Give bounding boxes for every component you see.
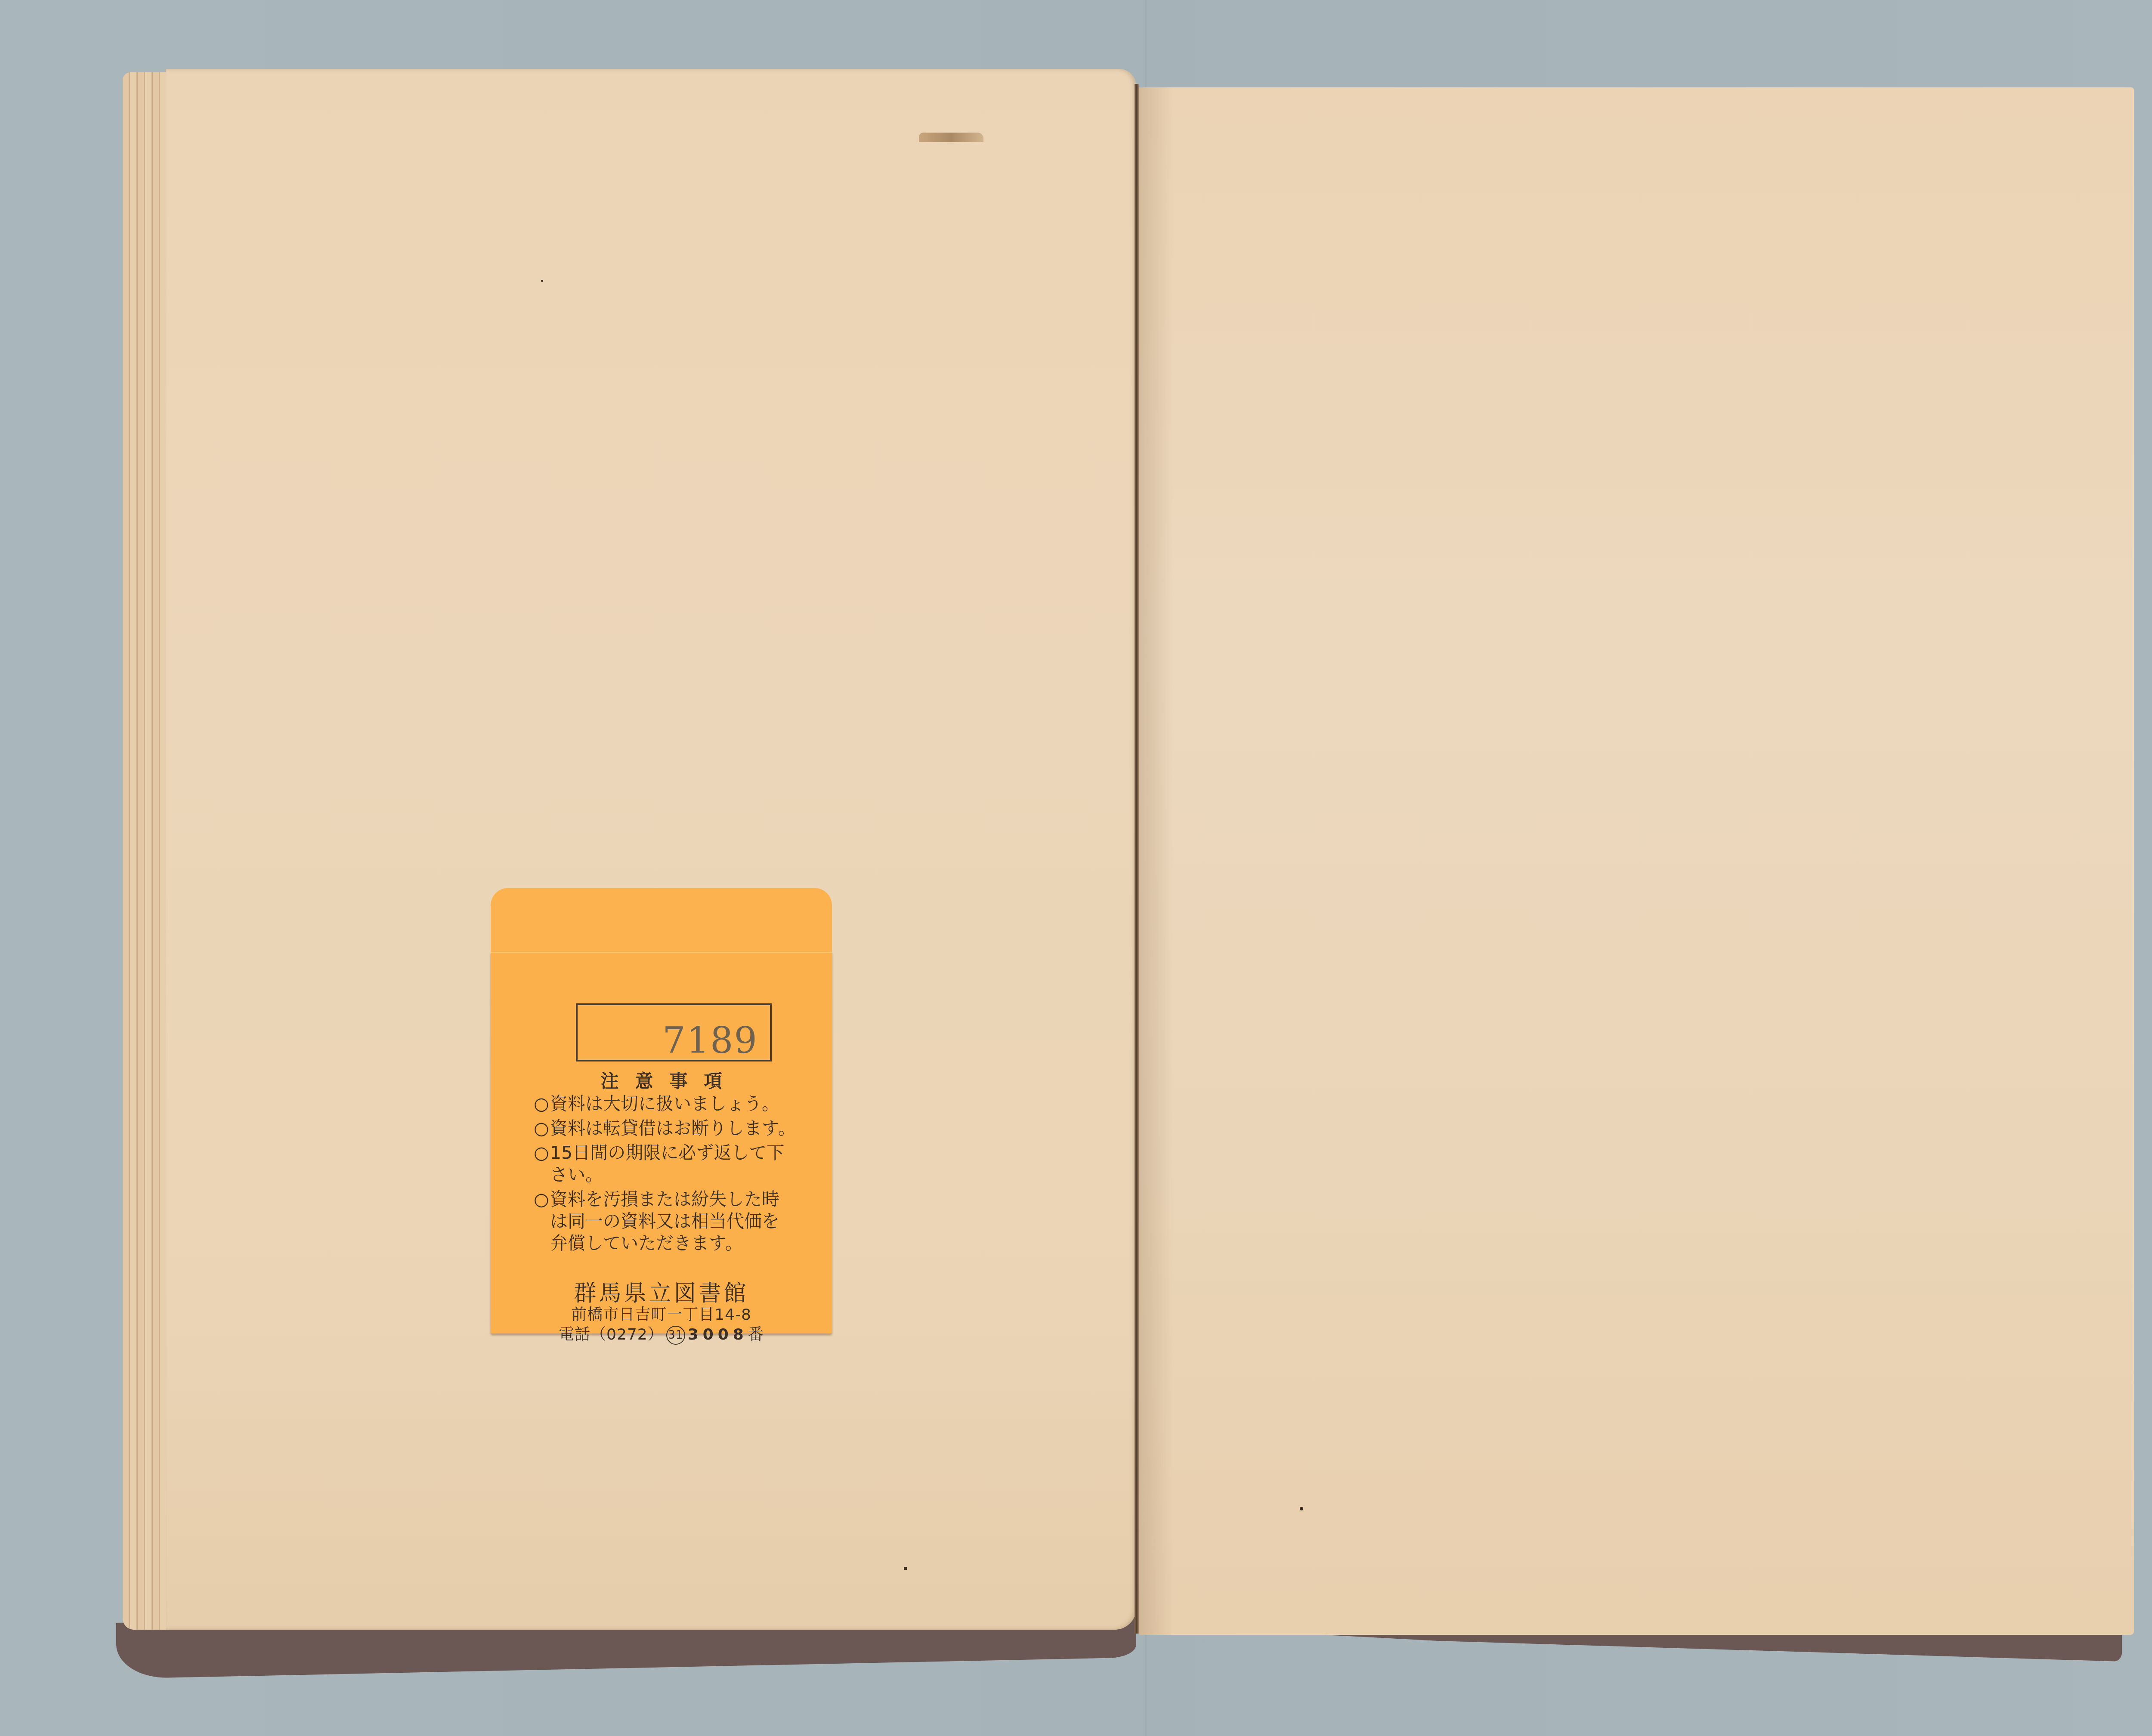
- circle-bullet-icon: ○: [534, 1142, 550, 1186]
- notice-title: 注意事項: [491, 1067, 832, 1093]
- library-address: 前橋市日吉町一丁目14-8: [491, 1303, 832, 1324]
- library-phone: 電話（0272）313008番: [491, 1322, 832, 1345]
- notice-text: 15日間の期限に必ず返して下 さい。: [550, 1142, 813, 1186]
- phone-suffix: 番: [748, 1326, 764, 1343]
- binding-thread: [919, 133, 983, 142]
- left-page-block: [110, 69, 1136, 1631]
- page-fore-edge: [123, 72, 168, 1630]
- phone-exchange: 31: [666, 1326, 685, 1345]
- circle-bullet-icon: ○: [534, 1188, 550, 1254]
- notice-text: 資料は大切に扱いましょう。: [550, 1093, 813, 1115]
- notice-item: ○ 資料は大切に扱いましょう。: [534, 1093, 813, 1115]
- paper-speck: [541, 280, 543, 282]
- notice-text: 資料は転貸借はお断りします。: [550, 1117, 813, 1139]
- accession-number-box: 7189: [576, 1003, 772, 1061]
- right-page: [1139, 87, 2134, 1635]
- gutter-shade: [1139, 87, 1173, 1635]
- notice-list: ○ 資料は大切に扱いましょう。 ○ 資料は転貸借はお断りします。 ○ 15日間の…: [534, 1093, 813, 1257]
- notice-item: ○ 資料を汚損または紛失した時 は同一の資料又は相当代価を 弁償していただきます…: [534, 1188, 813, 1254]
- paper-speck: [904, 1567, 907, 1570]
- book-gutter: [1135, 84, 1139, 1634]
- notice-text: 資料を汚損または紛失した時 は同一の資料又は相当代価を 弁償していただきます。: [550, 1188, 813, 1254]
- left-page: [166, 69, 1136, 1630]
- library-card-pocket[interactable]: 7189 注意事項 ○ 資料は大切に扱いましょう。 ○ 資料は転貸借はお断りしま…: [491, 888, 832, 1332]
- accession-number: 7189: [662, 1019, 758, 1061]
- pocket-front: 7189 注意事項 ○ 資料は大切に扱いましょう。 ○ 資料は転貸借はお断りしま…: [491, 952, 832, 1334]
- notice-item: ○ 資料は転貸借はお断りします。: [534, 1117, 813, 1139]
- phone-prefix: 電話（0272）: [559, 1326, 664, 1343]
- phone-number: 3008: [688, 1326, 748, 1343]
- circle-bullet-icon: ○: [534, 1117, 550, 1139]
- paper-speck: [1300, 1507, 1303, 1510]
- notice-item: ○ 15日間の期限に必ず返して下 さい。: [534, 1142, 813, 1186]
- circle-bullet-icon: ○: [534, 1093, 550, 1115]
